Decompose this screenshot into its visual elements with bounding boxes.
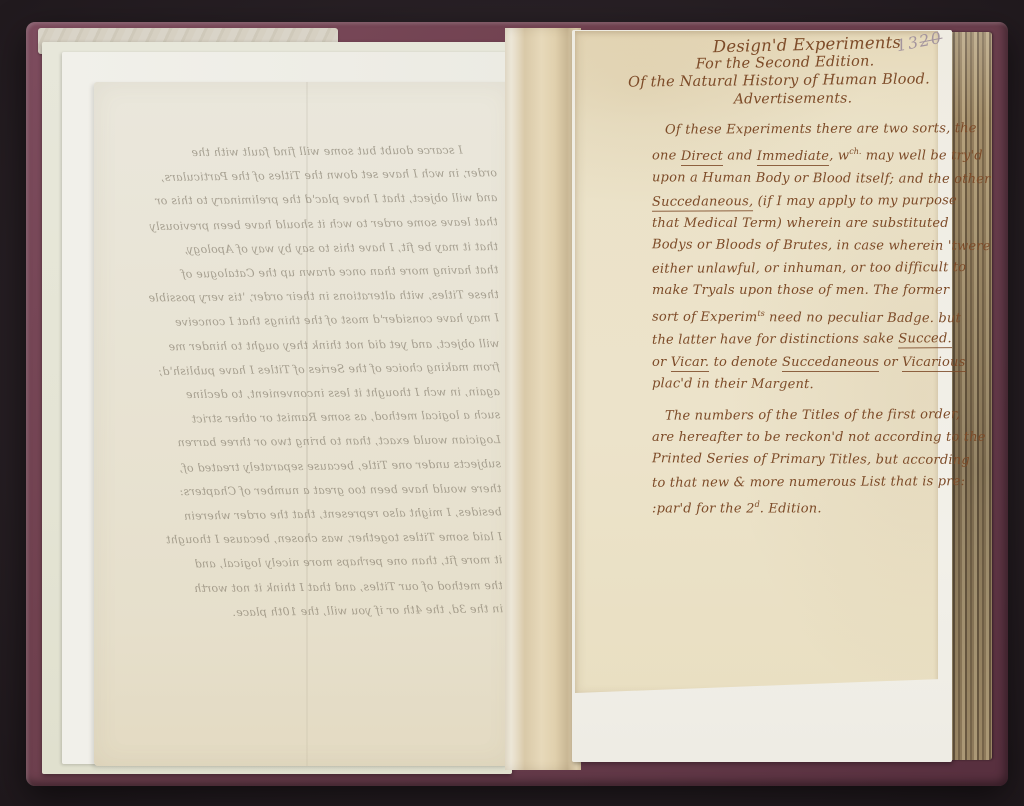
paragraph-1: Of these Experiments there are two sorts…: [652, 119, 934, 397]
photograph-background: I scarce doubt but some will find fault …: [0, 0, 1024, 806]
book-gutter: [505, 28, 581, 770]
bleedthrough-text: I scarce doubt but some will find fault …: [99, 137, 504, 645]
heading-line-4: Advertisements.: [632, 89, 954, 110]
manuscript-text: Design'd Experiments For the Second Edit…: [618, 36, 940, 521]
paragraph-2: The numbers of the Titles of the first o…: [652, 405, 934, 521]
left-manuscript-leaf: I scarce doubt but some will find fault …: [94, 82, 512, 766]
fore-edge-page-stack: [948, 32, 992, 760]
